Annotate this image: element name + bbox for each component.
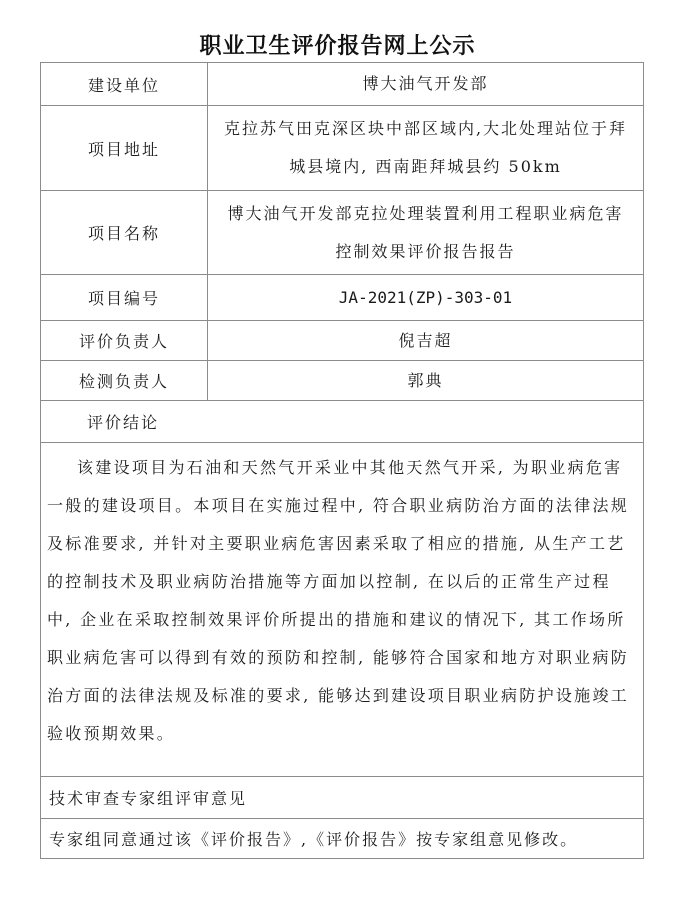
label-testing-lead: 检测负责人	[41, 361, 208, 400]
value-line: 倪吉超	[398, 322, 452, 360]
row-evaluation-lead: 评价负责人 倪吉超	[41, 320, 643, 360]
value-evaluation-lead: 倪吉超	[208, 321, 643, 360]
value-project-name: 博大油气开发部克拉处理装置利用工程职业病危害 控制效果评价报告报告	[208, 191, 643, 274]
row-project-number: 项目编号 JA-2021(ZP)-303-01	[41, 274, 643, 320]
paragraph-line: 治方面的法律法规及标准的要求, 能够达到建设项目职业病防护设施竣工	[47, 677, 643, 715]
value-line: 博大油气开发部克拉处理装置利用工程职业病危害	[227, 195, 623, 233]
label-project-number: 项目编号	[41, 275, 208, 320]
label-evaluation-lead: 评价负责人	[41, 321, 208, 360]
expert-review-opinion: 专家组同意通过该《评价报告》,《评价报告》按专家组意见修改。	[41, 819, 643, 858]
value-testing-lead: 郭典	[208, 361, 643, 400]
paragraph-line: 一般的建设项目。本项目在实施过程中, 符合职业病防治方面的法律法规	[47, 487, 643, 525]
value-line: 博大油气开发部	[362, 65, 488, 103]
conclusion-heading: 评价结论	[41, 401, 643, 442]
label-project-name: 项目名称	[41, 191, 208, 274]
paragraph-line: 及标准要求, 并针对主要职业病危害因素采取了相应的措施, 从生产工艺	[47, 525, 643, 563]
value-construction-unit: 博大油气开发部	[208, 63, 643, 105]
paragraph-line: 的控制技术及职业病防治措施等方面加以控制, 在以后的正常生产过程	[47, 563, 643, 601]
paragraph-line: 中, 企业在采取控制效果评价所提出的措施和建议的情况下, 其工作场所	[47, 601, 643, 639]
value-line: JA-2021(ZP)-303-01	[339, 279, 512, 317]
row-construction-unit: 建设单位 博大油气开发部	[41, 63, 643, 105]
row-expert-opinion: 专家组同意通过该《评价报告》,《评价报告》按专家组意见修改。	[41, 818, 643, 858]
row-project-address: 项目地址 克拉苏气田克深区块中部区域内,大北处理站位于拜 城县境内, 西南距拜城…	[41, 105, 643, 190]
label-construction-unit: 建设单位	[41, 63, 208, 105]
value-line: 郭典	[407, 362, 443, 400]
row-testing-lead: 检测负责人 郭典	[41, 360, 643, 400]
conclusion-paragraph: 该建设项目为石油和天然气开采业中其他天然气开采, 为职业病危害 一般的建设项目。…	[41, 443, 643, 776]
disclosure-table: 建设单位 博大油气开发部 项目地址 克拉苏气田克深区块中部区域内,大北处理站位于…	[40, 62, 644, 859]
expert-review-heading: 技术审查专家组评审意见	[41, 777, 643, 818]
row-project-name: 项目名称 博大油气开发部克拉处理装置利用工程职业病危害 控制效果评价报告报告	[41, 190, 643, 274]
paragraph-line: 验收预期效果。	[47, 715, 643, 753]
value-line: 控制效果评价报告报告	[335, 233, 515, 271]
value-line: 克拉苏气田克深区块中部区域内,大北处理站位于拜	[224, 110, 627, 148]
row-expert-heading: 技术审查专家组评审意见	[41, 776, 643, 818]
value-project-address: 克拉苏气田克深区块中部区域内,大北处理站位于拜 城县境内, 西南距拜城县约 50…	[208, 106, 643, 190]
value-project-number: JA-2021(ZP)-303-01	[208, 275, 643, 320]
paragraph-line: 该建设项目为石油和天然气开采业中其他天然气开采, 为职业病危害	[47, 449, 643, 487]
row-conclusion-heading: 评价结论	[41, 400, 643, 442]
row-conclusion-body: 该建设项目为石油和天然气开采业中其他天然气开采, 为职业病危害 一般的建设项目。…	[41, 442, 643, 776]
paragraph-line: 职业病危害可以得到有效的预防和控制, 能够符合国家和地方对职业病防	[47, 639, 643, 677]
page-title: 职业卫生评价报告网上公示	[0, 30, 675, 62]
value-line: 城县境内, 西南距拜城县约 50km	[289, 148, 562, 186]
label-project-address: 项目地址	[41, 106, 208, 190]
